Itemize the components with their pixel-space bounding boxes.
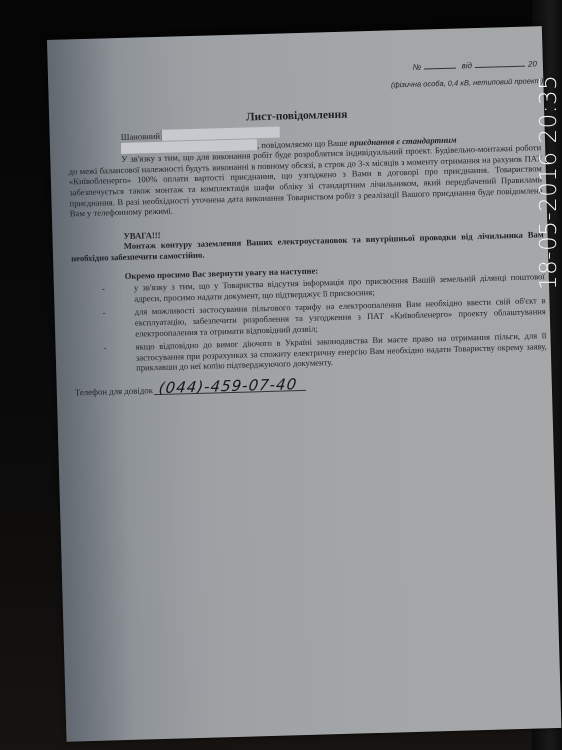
number-blank [424,68,456,70]
notice-list: у зв'язку з тим, що у Товариства відсутн… [72,271,547,375]
document-body: Шановний , повідомляємо що Ваше приєднан… [68,119,548,398]
date-blank [475,66,525,68]
phone-label: Телефон для довідок [75,385,153,397]
year-suffix: 20 [528,59,537,68]
phone-row: Телефон для довідок (044)-459-07-40 [75,372,548,398]
paragraph-1-body: У зв'язку з тим, що для виконання робіт … [68,142,543,219]
salutation: Шановний [121,131,160,142]
date-label: від [461,61,472,70]
document-page: № від20 (фізична особа, 0,4 кВ, нетипови… [47,26,561,742]
number-label: № [413,63,422,72]
document-number-line: № від20 [413,59,537,71]
photo-timestamp: 18-05-2016 20:35 [536,75,562,290]
document-subtitle: (фізична особа, 0,4 кВ, нетиповий проект… [391,76,544,89]
handwritten-phone-number: (044)-459-07-40 [154,379,308,395]
